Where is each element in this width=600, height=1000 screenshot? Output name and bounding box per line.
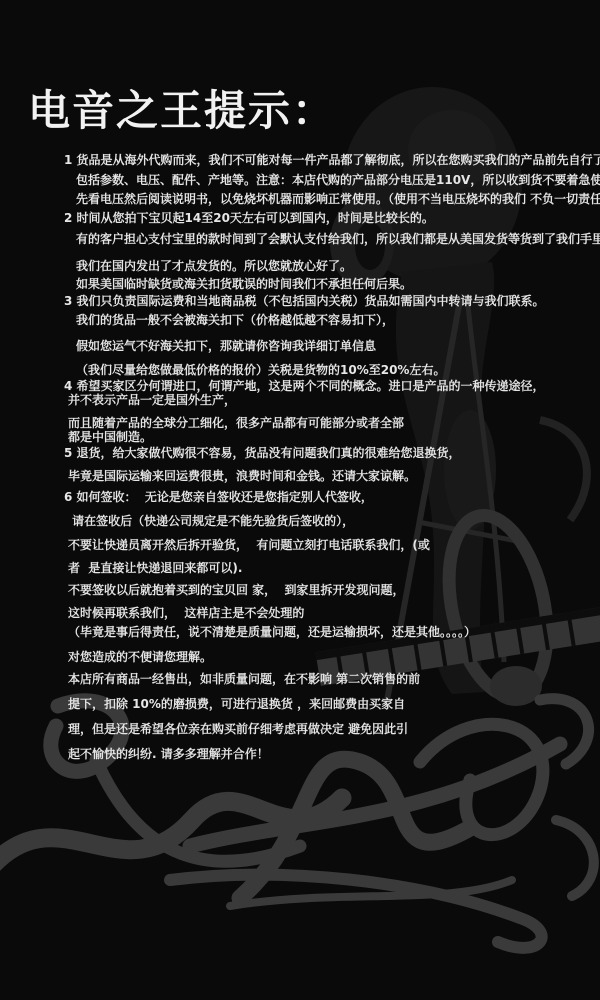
notice-line: 3 我们只负责国际运费和当地商品税（不包括国内关税）货品如需国内中转请与我们联系…	[64, 293, 545, 309]
notice-line: 并不表示产品一定是国外生产，	[68, 392, 236, 408]
notice-line: 有的客户担心支付宝里的款时间到了会默认支付给我们，所以我们都是从美国发货等货到了…	[76, 231, 600, 247]
notice-line: 提下，扣除 10%的磨损费，可进行退换货 ，来回邮费由买家自	[68, 696, 405, 712]
notice-body: 1 货品是从海外代购而来，我们不可能对每一件产品都了解彻底，所以在您购买我们的产…	[0, 0, 600, 1000]
notice-line: 对您造成的不便请您理解。	[68, 649, 212, 665]
notice-line: 不要签收以后就抱着买到的宝贝回 家， 到家里拆开发现问题，	[68, 582, 405, 598]
notice-line: 5 退货，给大家做代购很不容易，货品没有问题我们真的很难给您退换货，	[64, 445, 461, 461]
notice-line: 1 货品是从海外代购而来，我们不可能对每一件产品都了解彻底，所以在您购买我们的产…	[64, 152, 600, 168]
notice-line: 这时候再联系我们， 这样店主是不会处理的	[68, 605, 304, 621]
notice-line: 6 如何签收： 无论是您亲自签收还是您指定别人代签收，	[64, 489, 373, 505]
notice-page: 电音之王提示： 1 货品是从海外代购而来，我们不可能对每一件产品都了解彻底，所以…	[0, 0, 600, 1000]
page-title: 电音之王提示：	[28, 88, 336, 134]
notice-line: 2 时间从您拍下宝贝起14至20天左右可以到国内，时间是比较长的。	[64, 210, 434, 226]
notice-line: 都是中国制造。	[68, 429, 152, 445]
notice-line: 包括参数、电压、配件、产地等。注意：本店代购的产品部分电压是110V，所以收到货…	[76, 172, 600, 188]
notice-line: （毕竟是事后得责任，说不清楚是质量问题，还是运输损坏，还是其他。。。。）	[68, 624, 476, 640]
notice-line: 不要让快递员离开然后拆开验货， 有问题立刻打电话联系我们，(或	[68, 537, 430, 553]
notice-line: 假如您运气不好海关扣下，那就请你咨询我详细订单信息	[76, 338, 376, 354]
notice-line: 先看电压然后阅读说明书，以免烧坏机器而影响正常使用。（使用不当电压烧坏的我们 不…	[76, 191, 600, 207]
notice-line: 者 是直接让快递退回来都可以).	[68, 560, 242, 576]
notice-line: （我们尽量给您做最低价格的报价）关税是货物的10%至20%左右。	[76, 362, 445, 378]
notice-line: 请在签收后（快递公司规定是不能先验货后签收的），	[68, 513, 354, 529]
notice-line: 如果美国临时缺货或海关扣货耽误的时间我们不承担任何后果。	[76, 276, 412, 292]
notice-line: 我们在国内发出了才点发货的。所以您就放心好了。	[76, 258, 352, 274]
notice-line: 毕竟是国际运输来回运费很贵，浪费时间和金钱。还请大家谅解。	[68, 468, 416, 484]
notice-line: 我们的货品一般不会被海关扣下（价格越低越不容易扣下），	[76, 312, 394, 328]
notice-line: 理，但是还是希望各位亲在购买前仔细考虑再做决定 避免因此引	[68, 721, 408, 737]
notice-line: 起不愉快的纠纷. 请多多理解并合作！	[68, 746, 269, 762]
notice-line: 本店所有商品一经售出，如非质量问题，在不影响 第二次销售的前	[68, 671, 420, 687]
